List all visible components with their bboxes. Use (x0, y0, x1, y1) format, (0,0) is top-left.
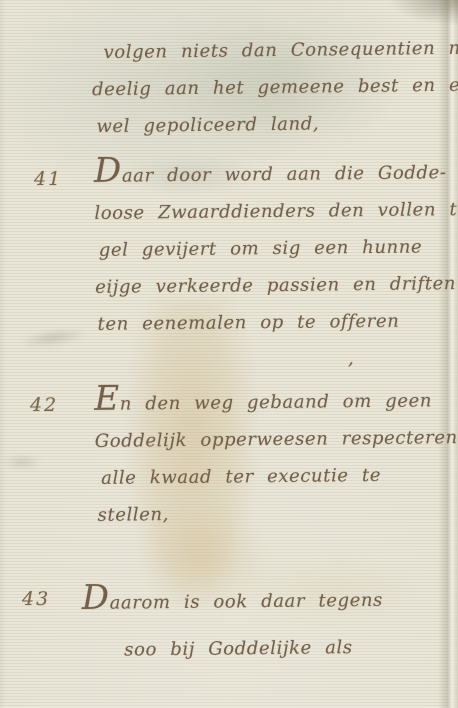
paragraph-42: En den weg gebaand om geen Goddelijk opp… (94, 382, 456, 534)
handwritten-line: Daar door word aan die Godde- (94, 154, 454, 195)
handwritten-line: soo bij Goddelijke als (82, 623, 452, 674)
item-number-42: 42 (30, 394, 58, 416)
paragraph-43: Daarom is ook daar tegens soo bij Goddel… (82, 576, 453, 674)
handwritten-line: En den weg gebaand om geen (94, 382, 454, 423)
handwritten-line: deelig aan het gemeene best en een (92, 67, 454, 108)
handwritten-line: wel gepoliceerd land, (92, 104, 454, 145)
paragraph-intro: volgen niets dan Consequentien nae- deel… (91, 30, 454, 145)
handwritten-line: ten eenemalen op te offeren (95, 302, 455, 343)
handwritten-line: Daarom is ook daar tegens (82, 576, 452, 627)
page-corner-shadow (388, 0, 458, 26)
handwritten-line: volgen niets dan Consequentien nae- (91, 30, 453, 71)
verso-showthrough-mark (17, 325, 89, 351)
paragraph-41: Daar door word aan die Godde- loose Zwaa… (94, 154, 456, 380)
manuscript-page: volgen niets dan Consequentien nae- deel… (0, 0, 458, 708)
item-number-41: 41 (34, 168, 62, 190)
detached-comma: , (96, 339, 456, 380)
handwritten-line: eijge verkeerde passien en driften (95, 265, 455, 306)
handwritten-line: Goddelijk opperweesen respecterende (95, 419, 455, 460)
verso-showthrough-mark (2, 455, 42, 469)
handwritten-line: loose Zwaarddienders den vollen teu- (94, 191, 454, 232)
handwritten-line: stellen, (95, 493, 455, 534)
handwritten-line: gel gevijert om sig een hunne (95, 228, 455, 269)
item-number-43: 43 (22, 588, 50, 610)
handwritten-line: alle kwaad ter executie te (95, 456, 455, 497)
